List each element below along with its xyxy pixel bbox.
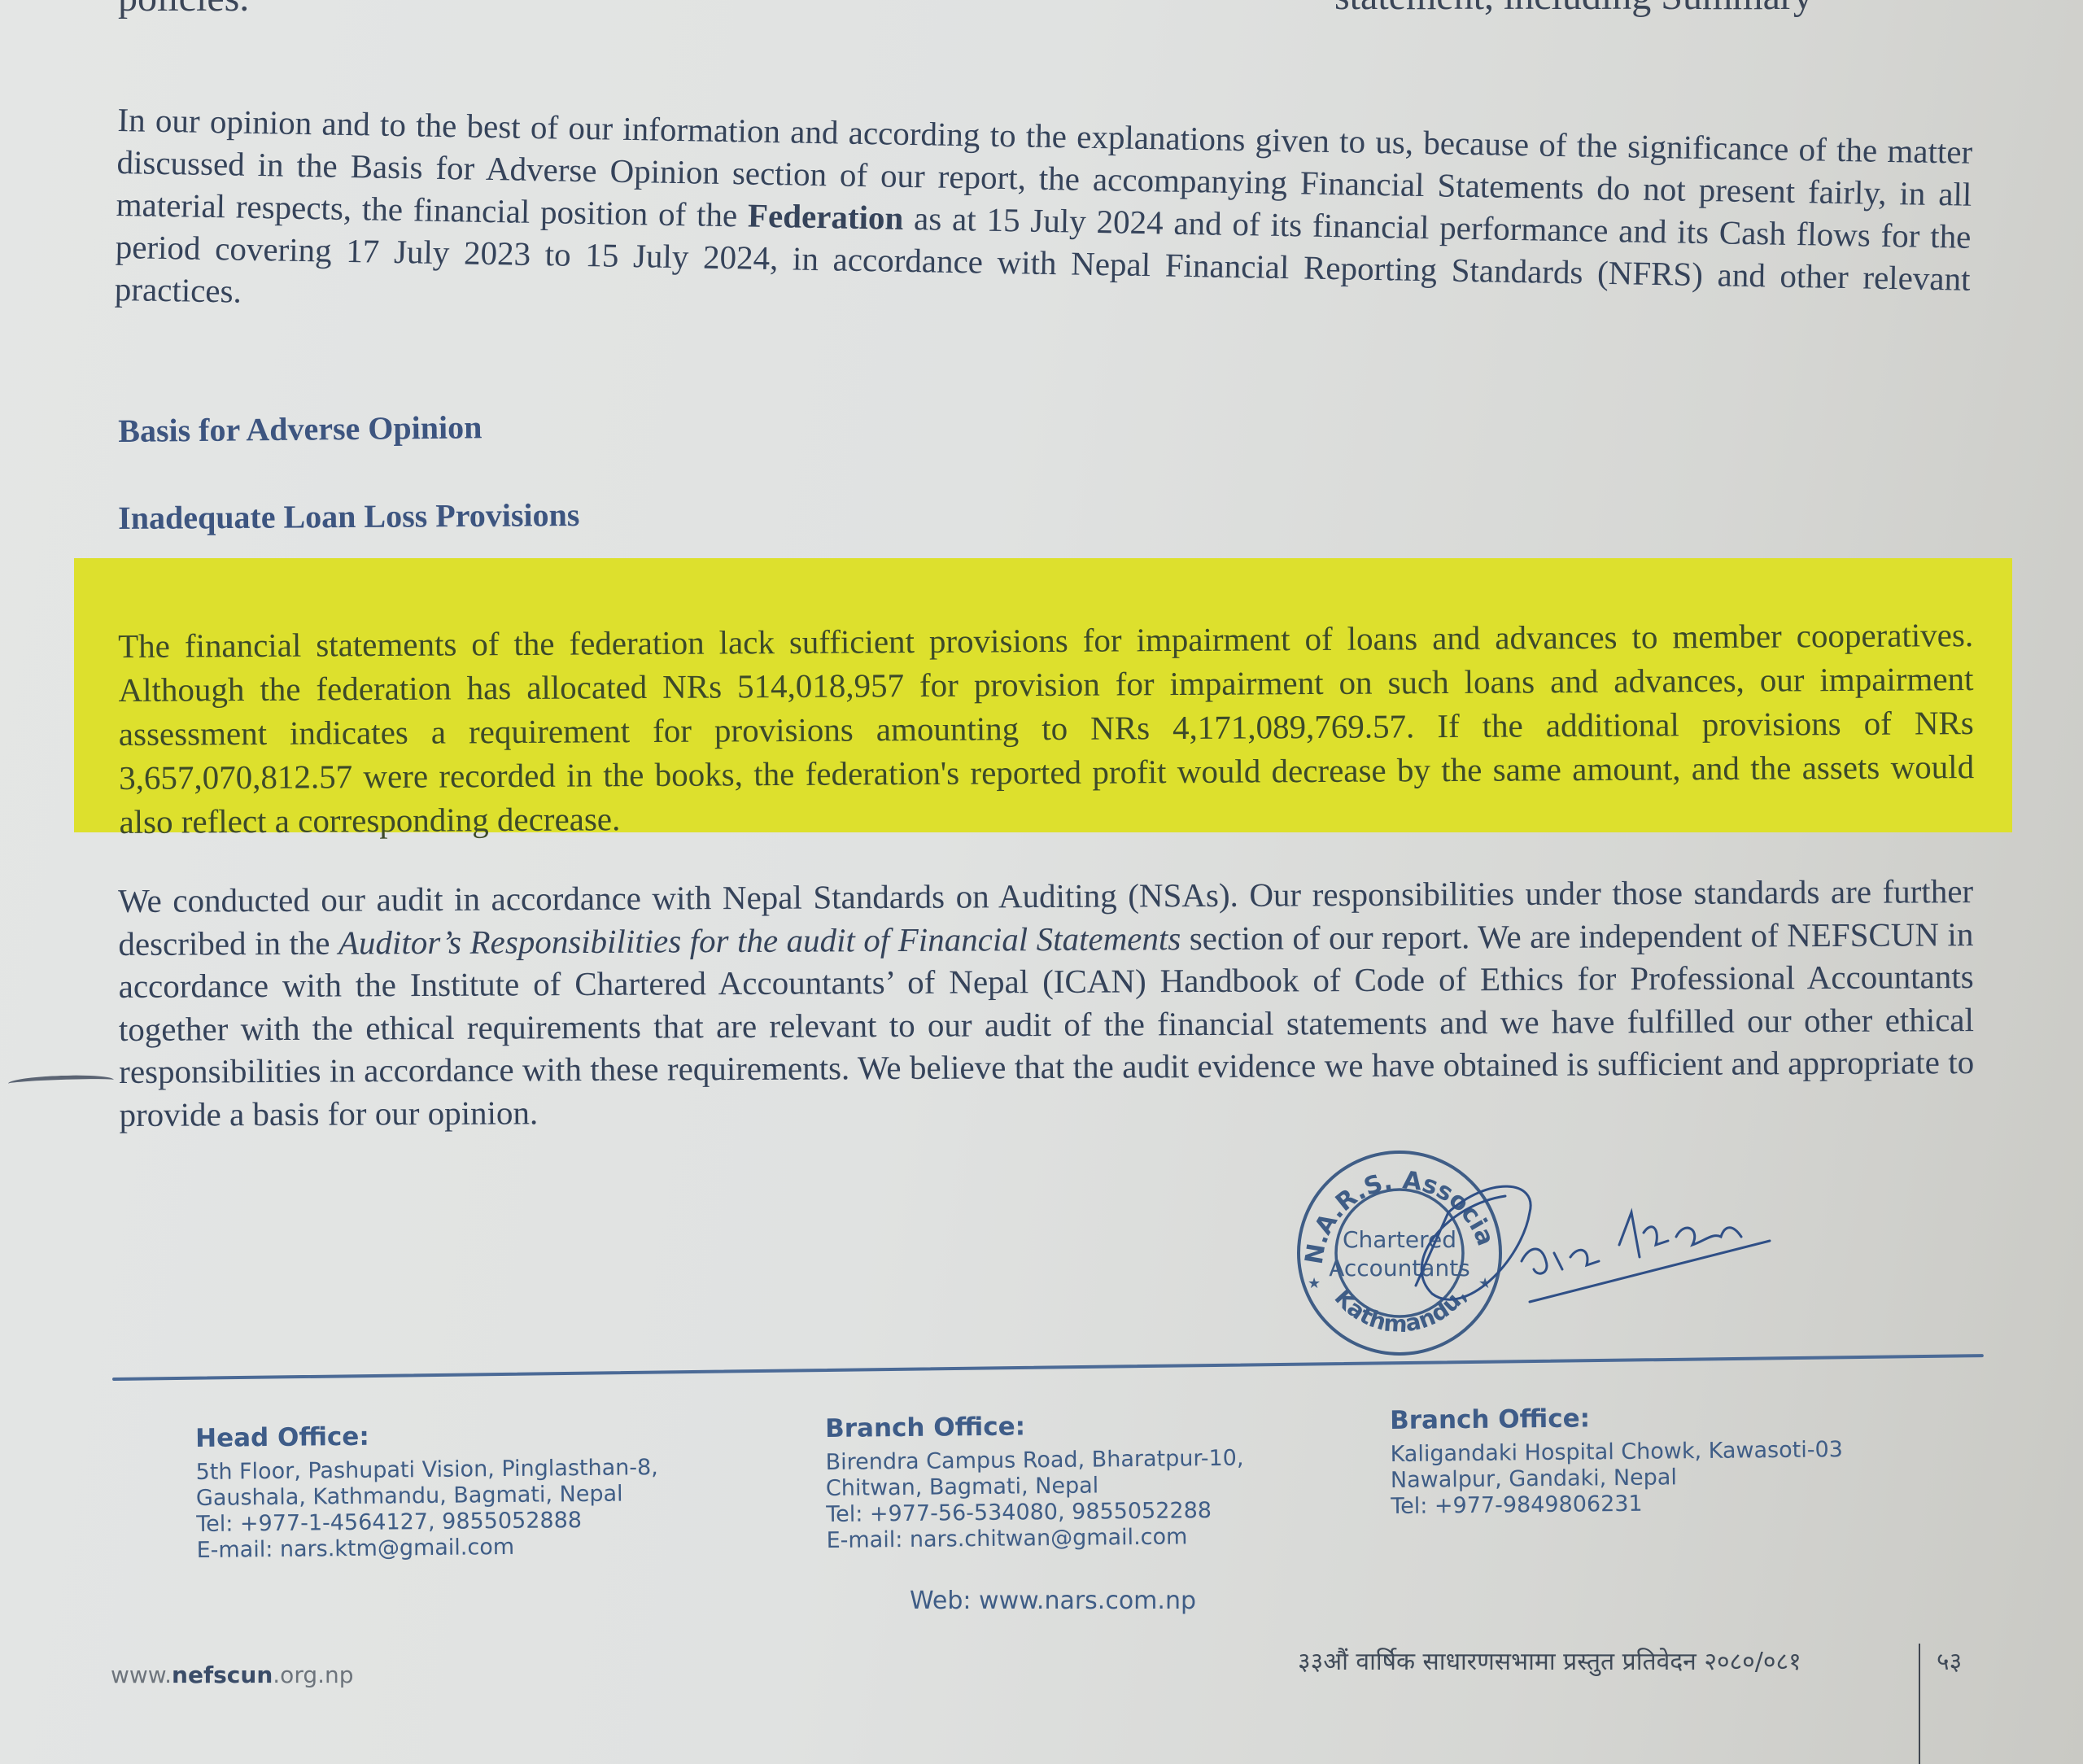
document-page: policies. statement, including Summary I… — [0, 0, 2083, 1764]
office-head: Head Office: 5th Floor, Pashupati Vision… — [195, 1421, 659, 1564]
audit-paragraph: We conducted our audit in accordance wit… — [118, 870, 1975, 1136]
office-line: Tel: +977-56-534080, 9855052288 — [826, 1498, 1244, 1528]
office-email[interactable]: E-mail: nars.ktm@gmail.com — [196, 1533, 659, 1564]
office-line: Birendra Campus Road, Bharatpur-10, — [825, 1446, 1243, 1476]
office-line: Gaushala, Kathmandu, Bagmati, Nepal — [196, 1481, 659, 1512]
office-title: Head Office: — [195, 1421, 658, 1452]
opinion-bold-federation: Federation — [748, 197, 904, 237]
office-line: Kaligandaki Hospital Chowk, Kawasoti-03 — [1390, 1437, 1843, 1468]
office-branch-chitwan: Branch Office: Birendra Campus Road, Bha… — [825, 1412, 1245, 1554]
signature-icon — [1400, 1164, 1790, 1326]
pen-mark — [8, 1074, 114, 1090]
signature — [1400, 1164, 1790, 1326]
office-branch-nawalpur: Branch Office: Kaligandaki Hospital Chow… — [1390, 1403, 1844, 1520]
opinion-paragraph: In our opinion and to the best of our in… — [114, 98, 1972, 343]
partial-text-top-right: statement, including Summary — [1334, 0, 1813, 19]
office-email[interactable]: E-mail: nars.chitwan@gmail.com — [826, 1524, 1244, 1554]
site-bold: nefscun — [172, 1661, 273, 1688]
svg-text:★: ★ — [1308, 1275, 1321, 1291]
partial-text-top-left: policies. — [118, 0, 249, 20]
heading-inadequate-loan-loss-provisions: Inadequate Loan Loss Provisions — [118, 496, 580, 537]
highlighted-paragraph: The financial statements of the federati… — [118, 613, 1975, 844]
site-suffix: .org.np — [273, 1661, 353, 1688]
office-line: Chitwan, Bagmati, Nepal — [826, 1472, 1244, 1502]
site-prefix: www. — [111, 1661, 172, 1688]
highlighted-block: The financial statements of the federati… — [74, 558, 2012, 832]
page-number: ५३ — [1937, 1644, 1962, 1677]
report-title-nepali: ३३औं वार्षिक साधारणसभामा प्रस्तुत प्रतिव… — [1298, 1644, 1801, 1677]
office-line: Tel: +977-9849806231 — [1391, 1489, 1844, 1520]
audit-italic-section-name: Auditor’s Responsibilities for the audit… — [338, 919, 1181, 961]
office-title: Branch Office: — [1390, 1403, 1843, 1434]
footer-divider — [112, 1354, 1984, 1381]
office-title: Branch Office: — [825, 1412, 1243, 1442]
page-rule — [1919, 1644, 1920, 1764]
heading-basis-for-adverse-opinion: Basis for Adverse Opinion — [118, 408, 483, 450]
firm-website[interactable]: Web: www.nars.com.np — [910, 1587, 1196, 1615]
nefscun-website[interactable]: www.nefscun.org.np — [111, 1661, 354, 1688]
